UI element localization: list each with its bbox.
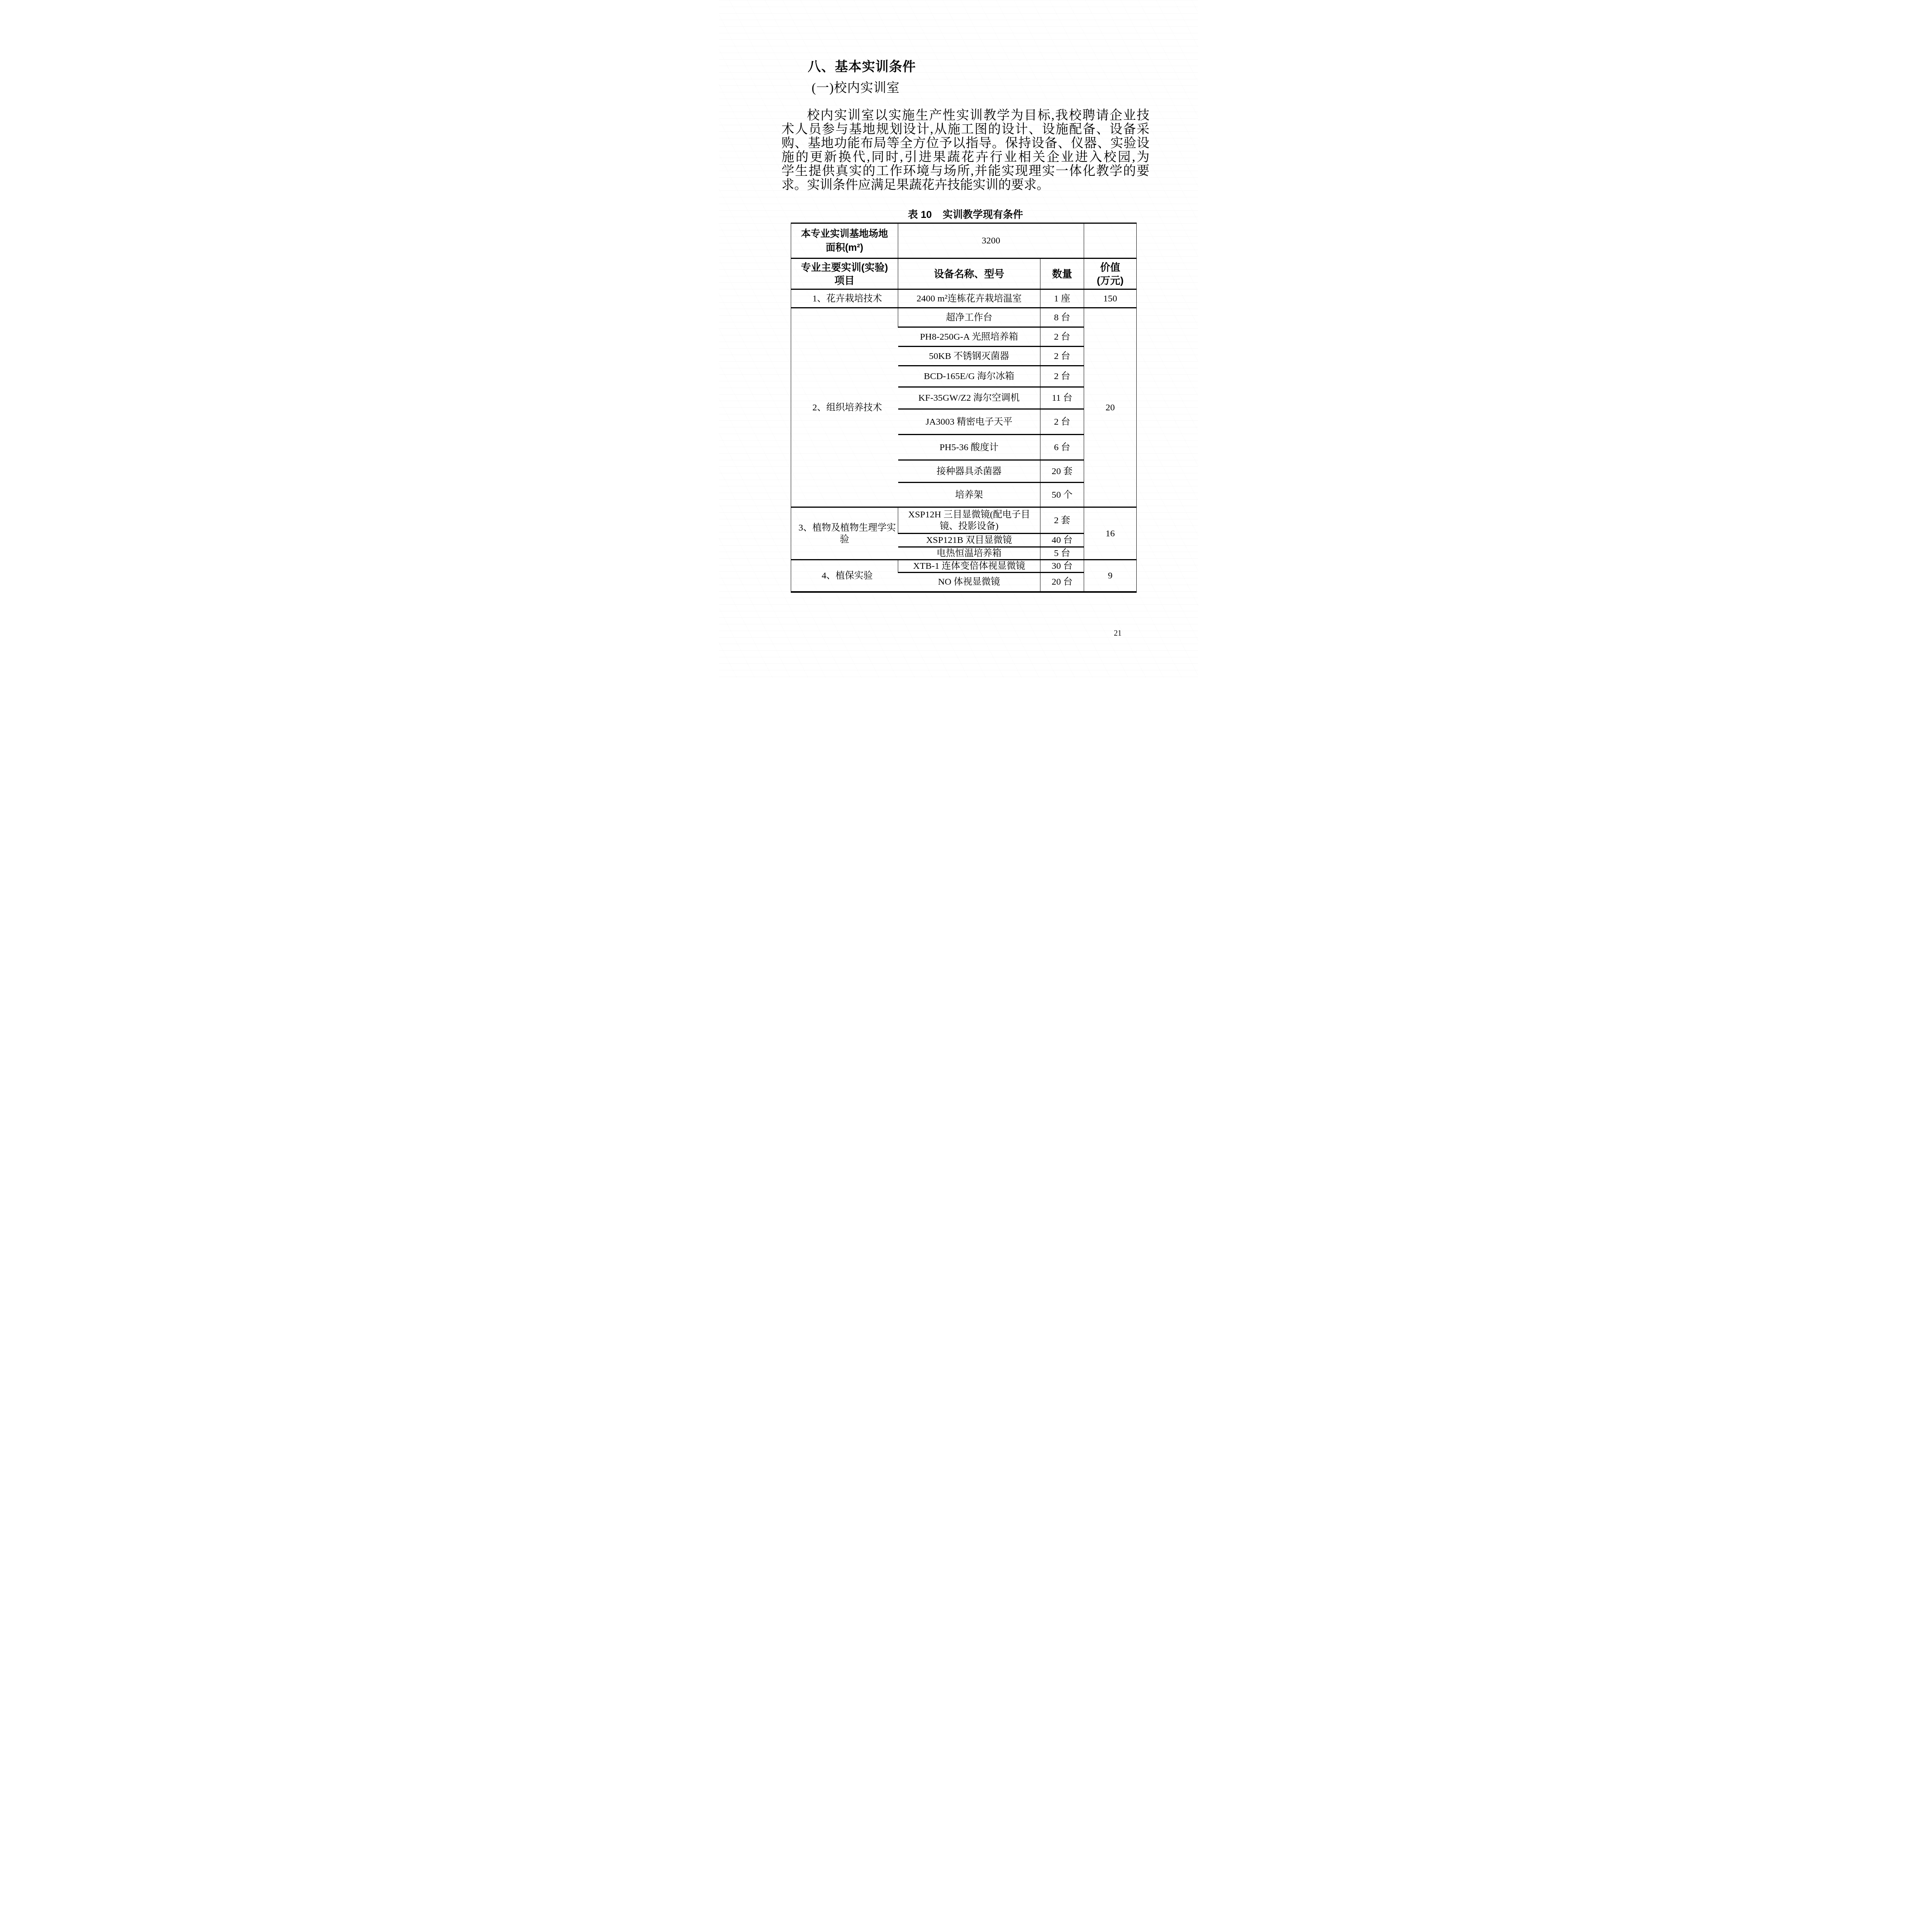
qty-cell: 40 台 <box>1040 534 1084 547</box>
paragraph-line: 校内实训室以实施生产性实训教学为目标,我校聘请企业技 <box>781 109 1149 122</box>
device-cell: XSP12H 三目显微镜(配电子目镜、投影设备) <box>898 507 1040 534</box>
qty-cell: 11 台 <box>1040 387 1084 409</box>
device-cell: PH8-250G-A 光照培养箱 <box>898 327 1040 347</box>
area-empty-cell <box>1084 223 1137 259</box>
document-page: 八、基本实训条件 (一)校内实训室 校内实训室以实施生产性实训教学为目标,我校聘… <box>719 0 1198 678</box>
paragraph-line: 求。实训条件应满足果蔬花卉技能实训的要求。 <box>781 178 1149 192</box>
section-heading: 八、基本实训条件 <box>808 59 916 75</box>
device-cell: BCD-165E/G 海尔冰箱 <box>898 366 1040 387</box>
project-column-header: 专业主要实训(实验) 项目 <box>791 259 898 289</box>
project-cell: 1、花卉栽培技术 <box>791 289 898 308</box>
paragraph-line: 术人员参与基地规划设计,从施工图的设计、设施配备、设备采 <box>781 122 1149 136</box>
paragraph-line: 施的更新换代,同时,引进果蔬花卉行业相关企业进入校园,为 <box>781 150 1149 164</box>
device-cell: 培养架 <box>898 483 1040 507</box>
project-cell: 3、植物及植物生理学实验 <box>791 507 898 560</box>
device-cell: 50KB 不锈钢灭菌器 <box>898 347 1040 366</box>
qty-cell: 2 套 <box>1040 507 1084 534</box>
body-paragraph: 校内实训室以实施生产性实训教学为目标,我校聘请企业技 术人员参与基地规划设计,从… <box>781 109 1149 192</box>
table-row: 4、植保实验 XTB-1 连体变倍体视显微镜 30 台 9 <box>791 560 1137 573</box>
qty-cell: 2 台 <box>1040 366 1084 387</box>
qty-cell: 8 台 <box>1040 308 1084 327</box>
value-cell: 20 <box>1084 308 1137 507</box>
device-cell: 超净工作台 <box>898 308 1040 327</box>
table-row: 2、组织培养技术 超净工作台 8 台 20 <box>791 308 1137 327</box>
qty-cell: 2 台 <box>1040 409 1084 435</box>
value-cell: 16 <box>1084 507 1137 560</box>
device-cell: XSP121B 双目显微镜 <box>898 534 1040 547</box>
qty-column-header: 数量 <box>1040 259 1084 289</box>
qty-cell: 30 台 <box>1040 560 1084 573</box>
value-column-header: 价值 (万元) <box>1084 259 1137 289</box>
qty-cell: 50 个 <box>1040 483 1084 507</box>
project-cell: 2、组织培养技术 <box>791 308 898 507</box>
value-cell: 9 <box>1084 560 1137 592</box>
qty-cell: 2 台 <box>1040 327 1084 347</box>
paragraph-line: 购、基地功能布局等全方位予以指导。保持设备、仪器、实验设 <box>781 136 1149 150</box>
device-cell: XTB-1 连体变倍体视显微镜 <box>898 560 1040 573</box>
qty-cell: 6 台 <box>1040 435 1084 460</box>
device-cell: 电热恒温培养箱 <box>898 547 1040 560</box>
project-cell: 4、植保实验 <box>791 560 898 592</box>
area-label-cell: 本专业实训基地场地 面积(m²) <box>791 223 898 259</box>
device-cell: JA3003 精密电子天平 <box>898 409 1040 435</box>
qty-cell: 1 座 <box>1040 289 1084 308</box>
device-cell: PH5-36 酸度计 <box>898 435 1040 460</box>
table-caption-number: 表 10 <box>908 209 932 220</box>
page-number: 21 <box>1114 628 1122 638</box>
device-cell: KF-35GW/Z2 海尔空调机 <box>898 387 1040 409</box>
area-value-cell: 3200 <box>898 223 1084 259</box>
table-caption: 表 10实训教学现有条件 <box>781 208 1149 221</box>
value-cell: 150 <box>1084 289 1137 308</box>
device-column-header: 设备名称、型号 <box>898 259 1040 289</box>
device-cell: 接种器具杀菌器 <box>898 460 1040 483</box>
subsection-heading: (一)校内实训室 <box>812 80 900 96</box>
qty-cell: 20 套 <box>1040 460 1084 483</box>
qty-cell: 5 台 <box>1040 547 1084 560</box>
table-caption-title: 实训教学现有条件 <box>943 209 1023 220</box>
paragraph-line: 学生提供真实的工作环境与场所,并能实现理实一体化教学的要 <box>781 164 1149 178</box>
table-row: 3、植物及植物生理学实验 XSP12H 三目显微镜(配电子目镜、投影设备) 2 … <box>791 507 1137 534</box>
equipment-table: 本专业实训基地场地 面积(m²) 3200 专业主要实训(实验) 项目 设备名称… <box>791 223 1137 593</box>
qty-cell: 20 台 <box>1040 573 1084 592</box>
device-cell: NO 体视显微镜 <box>898 573 1040 592</box>
qty-cell: 2 台 <box>1040 347 1084 366</box>
device-cell: 2400 m²连栋花卉栽培温室 <box>898 289 1040 308</box>
table-row: 1、花卉栽培技术 2400 m²连栋花卉栽培温室 1 座 150 <box>791 289 1137 308</box>
